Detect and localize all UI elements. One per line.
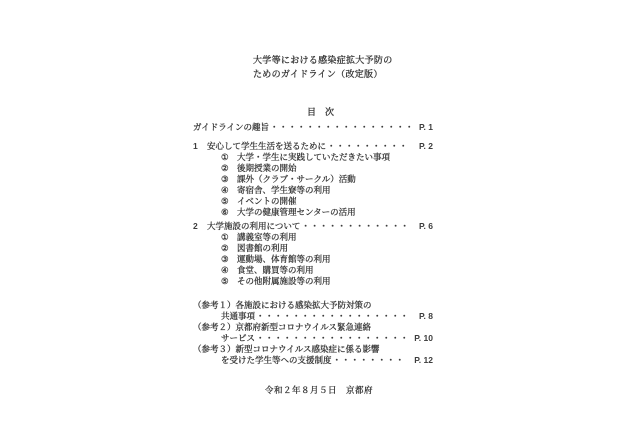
toc-reference-3: （参考３）新型コロナウイルス感染症に係る影響 bbox=[193, 344, 433, 355]
section-number: 1 bbox=[193, 141, 207, 152]
toc-subitem: ① 大学・学生に実践していただきたい事項 bbox=[193, 152, 433, 163]
circled-number: ② bbox=[221, 243, 229, 254]
toc-subitem-label: その他附属施設等の利用 bbox=[237, 276, 331, 286]
toc-subitem-label: 課外（クラブ・サークル）活動 bbox=[237, 174, 356, 184]
toc-section-1: 1 安心して学生生活を送るために ・・・・・・・・・ P. 2 bbox=[193, 141, 433, 152]
document-page: 大学等における感染症拡大予防の ためのガイドライン（改定版） 目 次 ガイドライ… bbox=[0, 0, 640, 426]
circled-number: ③ bbox=[221, 254, 229, 265]
toc-entry-intro: ガイドラインの趣旨 ・・・・・・・・・・・・・・・・ P. 1 bbox=[193, 122, 433, 133]
toc-subitem: ⑥ 大学の健康管理センターの活用 bbox=[193, 207, 433, 218]
page-ref: P. 10 bbox=[414, 333, 433, 344]
reference-text: 各施設における感染拡大予防対策の bbox=[236, 300, 372, 310]
dot-leader: ・・・・・・・・・・・・・・・・ bbox=[270, 122, 418, 133]
dot-leader: ・・・・・・・・・・・・・・・・・ bbox=[256, 311, 418, 322]
toc-subitem: ② 後期授業の開始 bbox=[193, 163, 433, 174]
toc-subitem: ③ 運動場、体育館等の利用 bbox=[193, 254, 433, 265]
toc-entry-label: ガイドラインの趣旨 bbox=[193, 122, 269, 133]
toc-reference-3-continued: を受けた学生等への支援制度 ・・・・・・・・ P. 12 bbox=[193, 355, 433, 366]
toc-subitem-label: 寄宿舎、学生寮等の利用 bbox=[237, 185, 331, 195]
reference-label: （参考２） bbox=[193, 322, 236, 332]
toc-subitem: ③ 課外（クラブ・サークル）活動 bbox=[193, 174, 433, 185]
circled-number: ① bbox=[221, 152, 229, 163]
circled-number: ④ bbox=[221, 265, 229, 276]
page-ref: P. 12 bbox=[414, 355, 433, 366]
dot-leader: ・・・・・・・・ bbox=[333, 355, 414, 366]
circled-number: ⑤ bbox=[221, 276, 229, 287]
title-line-1: 大学等における感染症拡大予防の bbox=[253, 53, 393, 67]
circled-number: ③ bbox=[221, 174, 229, 185]
toc-subitem-label: 大学・学生に実践していただきたい事項 bbox=[237, 152, 390, 162]
circled-number: ④ bbox=[221, 185, 229, 196]
toc-subitem: ⑤ イベントの開催 bbox=[193, 196, 433, 207]
toc-subitem: ④ 食堂、購買等の利用 bbox=[193, 265, 433, 276]
reference-label: （参考３） bbox=[193, 344, 236, 354]
page-ref: P. 1 bbox=[419, 122, 433, 133]
toc-entry-label: 安心して学生生活を送るために bbox=[207, 141, 326, 152]
reference-text: 新型コロナウイルス感染症に係る影響 bbox=[236, 344, 380, 354]
toc-subitem-label: 講義室等の利用 bbox=[237, 232, 297, 242]
reference-text: 共通事項 bbox=[221, 311, 255, 322]
circled-number: ① bbox=[221, 232, 229, 243]
toc-reference-2-continued: サービス ・・・・・・・・・・・・・・・・・ P. 10 bbox=[193, 333, 433, 344]
page-ref: P. 2 bbox=[419, 141, 433, 152]
title-line-2: ためのガイドライン（改定版） bbox=[253, 67, 393, 81]
toc-entry-label: 大学施設の利用について bbox=[207, 221, 300, 232]
toc-subitem-label: 運動場、体育館等の利用 bbox=[237, 254, 331, 264]
table-of-contents: ガイドラインの趣旨 ・・・・・・・・・・・・・・・・ P. 1 1 安心して学生… bbox=[193, 122, 433, 366]
toc-subitem-label: イベントの開催 bbox=[237, 196, 297, 206]
reference-text: を受けた学生等への支援制度 bbox=[221, 355, 332, 366]
toc-subitem-label: 図書館の利用 bbox=[237, 243, 288, 253]
circled-number: ② bbox=[221, 163, 229, 174]
dot-leader: ・・・・・・・・・ bbox=[327, 141, 418, 152]
section-number: 2 bbox=[193, 221, 207, 232]
page-ref: P. 8 bbox=[419, 311, 433, 322]
footer-date-publisher: 令和２年８月５日 京都府 bbox=[265, 384, 373, 396]
document-title: 大学等における感染症拡大予防の ためのガイドライン（改定版） bbox=[253, 53, 393, 81]
reference-text: 京都府新型コロナウイルス緊急連絡 bbox=[236, 322, 372, 332]
reference-label: （参考１） bbox=[193, 300, 236, 310]
toc-reference-1: （参考１）各施設における感染拡大予防対策の bbox=[193, 300, 433, 311]
toc-reference-1-continued: 共通事項 ・・・・・・・・・・・・・・・・・ P. 8 bbox=[193, 311, 433, 322]
dot-leader: ・・・・・・・・・・・・・・・・・ bbox=[256, 333, 413, 344]
circled-number: ⑥ bbox=[221, 207, 229, 218]
toc-subitem-label: 食堂、購買等の利用 bbox=[237, 265, 314, 275]
toc-reference-2: （参考２）京都府新型コロナウイルス緊急連絡 bbox=[193, 322, 433, 333]
toc-subitem-label: 大学の健康管理センターの活用 bbox=[237, 207, 356, 217]
page-ref: P. 6 bbox=[419, 221, 433, 232]
toc-subitem-label: 後期授業の開始 bbox=[237, 163, 297, 173]
toc-subitem: ⑤ その他附属施設等の利用 bbox=[193, 276, 433, 287]
circled-number: ⑤ bbox=[221, 196, 229, 207]
toc-heading: 目 次 bbox=[307, 105, 334, 118]
toc-subitem: ④ 寄宿舎、学生寮等の利用 bbox=[193, 185, 433, 196]
toc-subitem: ① 講義室等の利用 bbox=[193, 232, 433, 243]
toc-subitem: ② 図書館の利用 bbox=[193, 243, 433, 254]
toc-section-2: 2 大学施設の利用について ・・・・・・・・・・・・ P. 6 bbox=[193, 221, 433, 232]
dot-leader: ・・・・・・・・・・・・ bbox=[301, 221, 418, 232]
reference-text: サービス bbox=[221, 333, 255, 344]
